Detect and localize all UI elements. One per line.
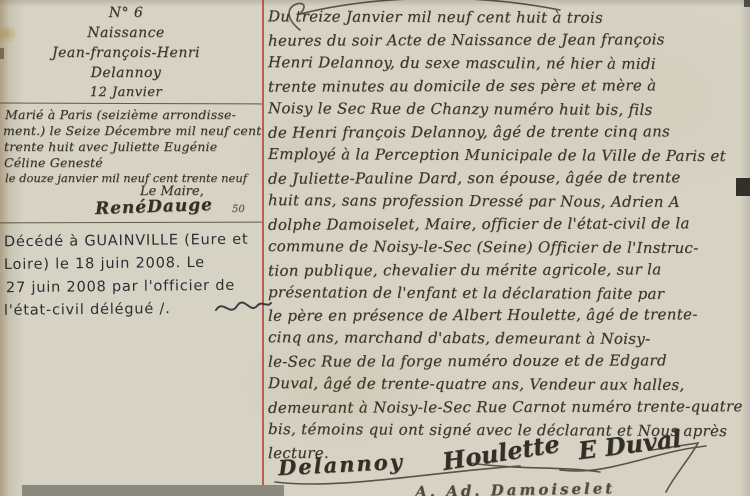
act-line: tion publique, chevalier du mérite agric… [268, 260, 662, 279]
act-line: Noisy le Sec Rue de Chanzy numéro huit b… [268, 99, 653, 119]
act-line: présentation de l'enfant et la déclarati… [268, 283, 664, 303]
margin-red-rule [262, 0, 264, 496]
death-note-line: Loire) le 18 juin 2008. Le [4, 255, 205, 273]
act-type-label: Naissance [0, 25, 252, 41]
act-line: trente minutes au domicile de ses père e… [268, 76, 656, 95]
marriage-note-line: Marié à Paris (seizième arrondisse- [5, 107, 236, 122]
act-line: de Juliette-Pauline Dard, son épouse, âg… [268, 168, 681, 187]
act-line: Henri Delannoy, du sexe masculin, né hie… [268, 53, 656, 73]
act-line: heures du soir Acte de Naissance de Jean… [268, 30, 665, 49]
margin-divider-bottom [0, 222, 262, 224]
scan-artifact-left-speck [0, 48, 4, 59]
marriage-note-line: le douze janvier mil neuf cent trente ne… [5, 171, 247, 185]
act-line: de Henri françois Delannoy, âgé de trent… [268, 122, 670, 141]
scan-artifact-bottom-bar [22, 485, 284, 496]
act-line: Duval, âgé de trente-quatre ans, Vendeur… [268, 374, 685, 394]
death-note-line: Décédé à GUAINVILLE (Eure et [4, 232, 249, 251]
act-line: dolphe Damoiselet, Maire, officier de l'… [268, 214, 690, 233]
mayor-signature: RenéDauge [95, 195, 214, 219]
act-line: le-Sec Rue de la forge numéro douze et d… [268, 351, 667, 370]
act-line: demeurant à Noisy-le-Sec Rue Carnot numé… [268, 397, 743, 417]
act-day: 12 Janvier [0, 85, 252, 100]
death-note-line: l'état-civil délégué /. [4, 301, 171, 319]
death-note-line: 27 juin 2008 par l'officier de [6, 278, 235, 296]
child-given-names: Jean-françois-Henri [0, 45, 252, 61]
marriage-note-line: ment.) le Seize Décembre mil neuf cent [3, 123, 261, 138]
declarant-signature: Delannoy [277, 449, 404, 481]
act-line: le père en présence de Albert Houlette, … [268, 305, 698, 324]
marriage-note-line: Céline Genesté [4, 155, 103, 170]
act-line: Employé à la Perception Municipale de la… [268, 145, 726, 165]
marriage-note-line: trente huit avec Juliette Eugénie [4, 139, 217, 154]
civil-register-scan: N° 6 Naissance Jean-françois-Henri Delan… [0, 0, 750, 496]
margin-flourish-number: 50 [232, 204, 245, 215]
child-surname: Delannoy [0, 65, 252, 81]
officer-signature-partial: A. Ad. Damoiselet [415, 479, 615, 496]
scan-artifact-corner-speck [744, 0, 750, 7]
act-number: N° 6 [0, 5, 252, 21]
margin-divider-top [0, 103, 262, 105]
scan-artifact-right-patch [736, 178, 750, 196]
act-line: Du treize Janvier mil neuf cent huit à t… [268, 7, 603, 26]
act-line: huit ans, sans profession Dressé par Nou… [268, 191, 680, 211]
act-line: cinq ans, marchand d'abats, demeurant à … [268, 328, 651, 348]
act-line: commune de Noisy-le-Sec (Seine) Officier… [268, 237, 699, 257]
